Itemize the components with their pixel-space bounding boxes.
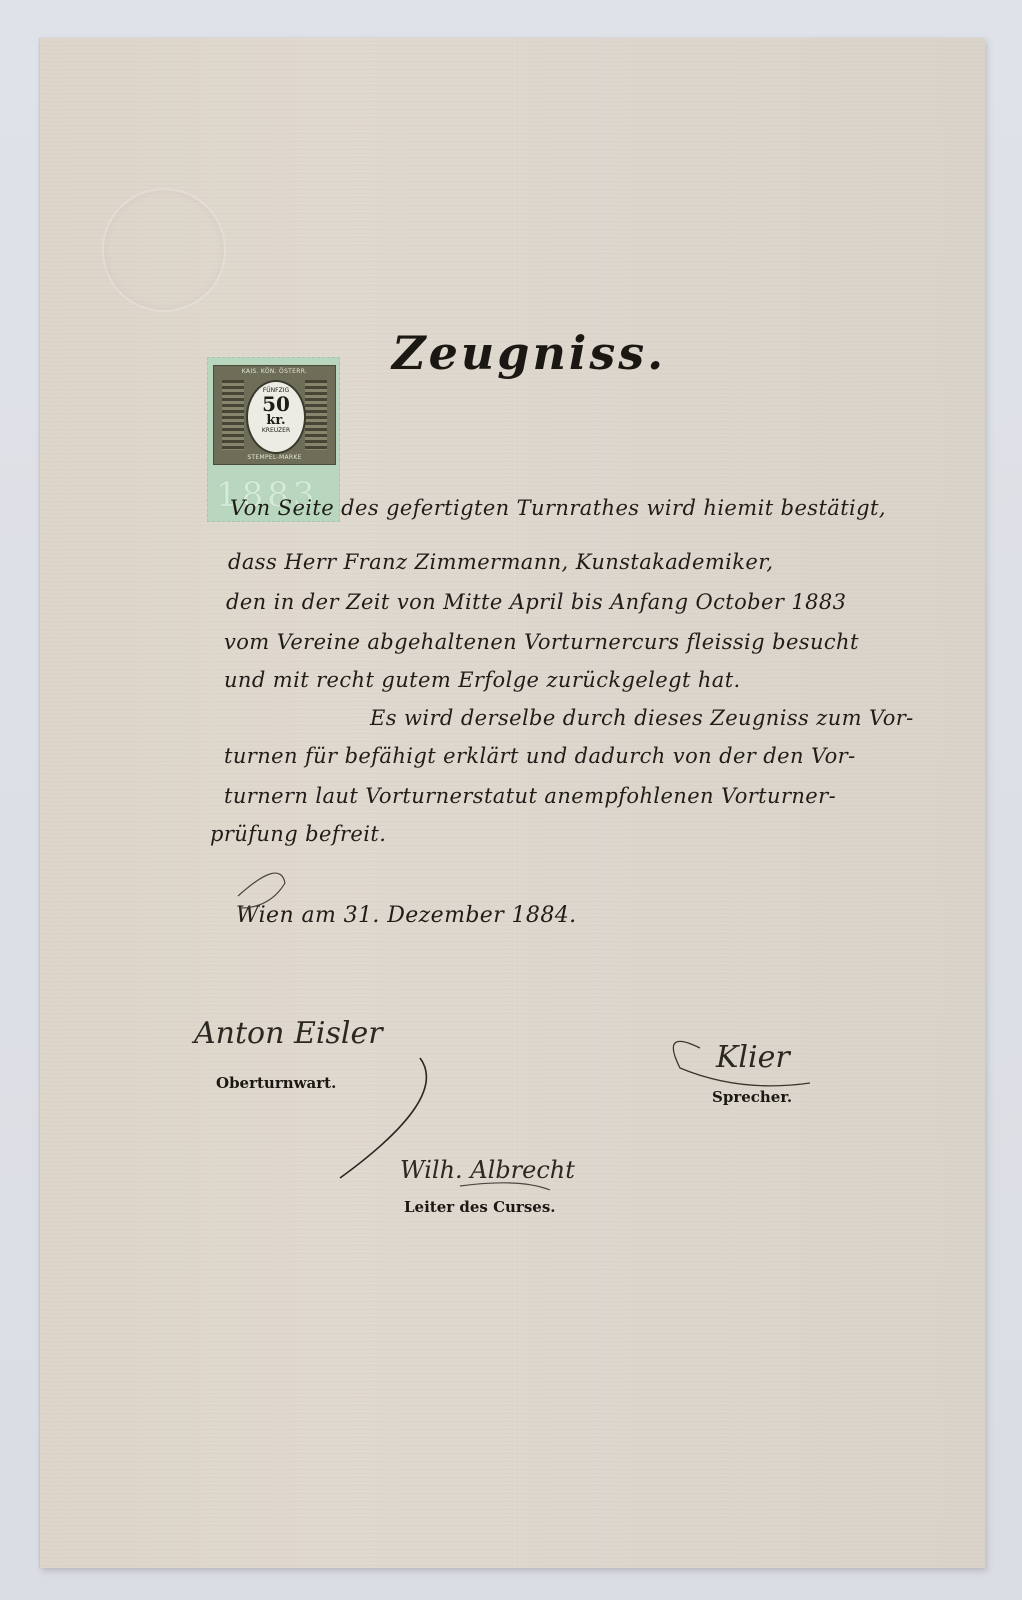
pen-flourishes	[40, 38, 985, 1568]
document-sheet: Zeugniss. KAIS. KÖN. ÖSTERR. FÜNFZIG 50 …	[40, 38, 985, 1568]
